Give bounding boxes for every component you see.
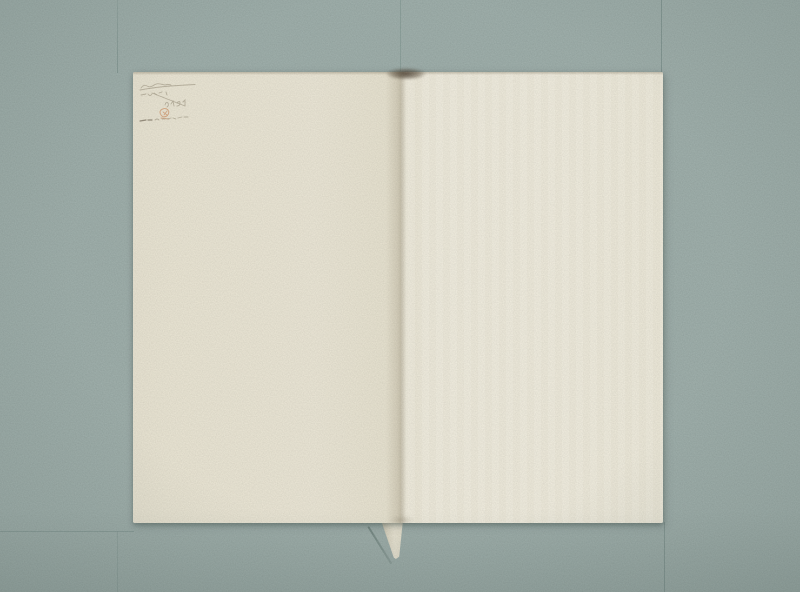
center-fold [386,72,416,523]
fold-bottom-shade [389,516,415,524]
right-page [401,72,663,523]
inscription-line4 [140,117,188,121]
inscription-line1 [140,84,195,95]
mount-crease-bottom-left-horizontal [0,531,134,532]
mount-crease-top-right [661,0,662,73]
protruding-page-tab [382,520,403,559]
mount-crease-bottom-left-vertical [117,531,118,592]
spine-notch-shadow [386,68,426,79]
mount-crease-top-center [400,0,401,71]
photograph-scene [0,0,800,592]
inscription-line3 [165,100,185,107]
pencil-inscriptions [137,80,257,140]
mount-crease-top-left [117,0,118,73]
inscription-line2 [141,92,185,106]
left-page [133,72,401,523]
mount-crease-bottom-right [664,522,665,592]
sketchbook-open-spread [133,72,663,523]
collection-stamp [160,109,169,120]
